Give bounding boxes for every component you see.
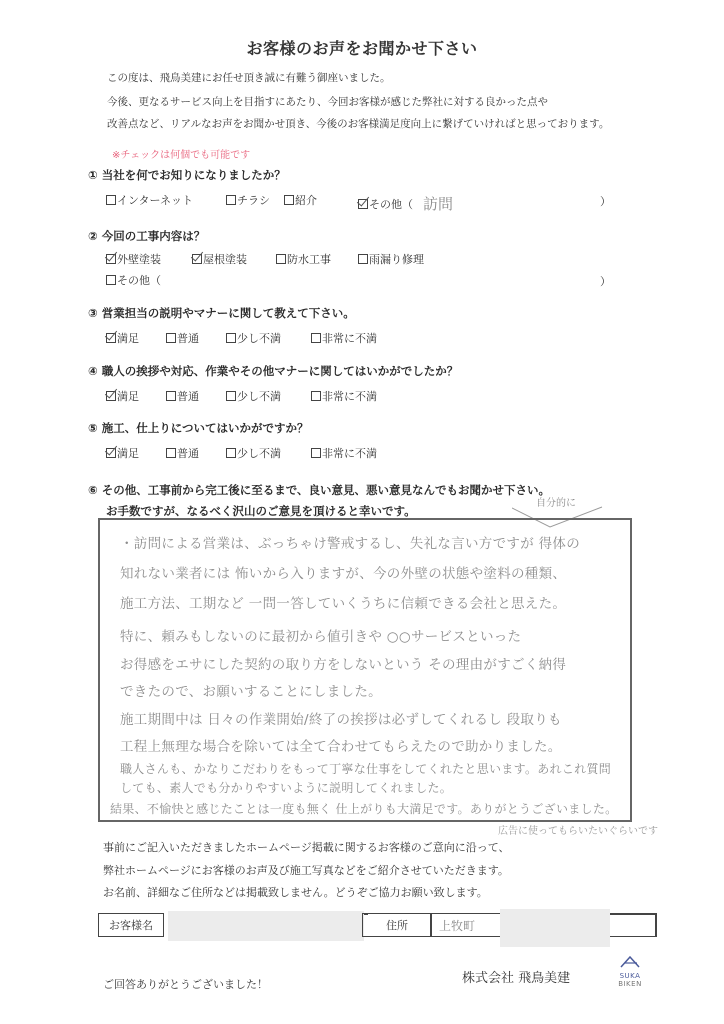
question-number: ② — [88, 229, 98, 243]
option-average[interactable]: 普通 — [166, 445, 199, 461]
checkbox-checked[interactable] — [106, 254, 116, 264]
question-text: 職人の挨拶や対応、作業やその他マナーに関してはいかがでしたか？ — [102, 364, 459, 378]
option-slightly-dissatisfied[interactable]: 少し不満 — [226, 388, 281, 404]
comment-line: 職人さんも、かなりこだわりをもって丁寧な仕事をしてくれたと思います。あれこれ質問 — [120, 760, 611, 777]
outro-line-3: お名前、詳細なご住所などは掲載致しません。どうぞご協力お願い致します。 — [103, 884, 488, 900]
option-other-2[interactable]: その他（ — [106, 272, 161, 288]
checkbox-checked[interactable] — [192, 254, 202, 264]
comment-line: しても、素人でも分かりやすいように説明してくれました。 — [120, 779, 452, 796]
comment-line: できたので、お願いすることにしました。 — [120, 680, 382, 700]
option-roof-painting[interactable]: 屋根塗装 — [192, 251, 247, 267]
question-5-options: 満足 普通 少し不満 非常に不満 — [106, 445, 626, 461]
checkbox[interactable] — [226, 195, 236, 205]
option-satisfied[interactable]: 満足 — [106, 388, 139, 404]
company-logo: SUKA BIKEN — [610, 953, 650, 993]
question-number: ① — [88, 168, 98, 182]
question-3: ③ 営業担当の説明やマナーに関して教えて下さい。 — [88, 305, 355, 321]
option-satisfied[interactable]: 満足 — [106, 445, 139, 461]
option-internet[interactable]: インターネット — [106, 192, 193, 208]
logo-triangle-icon — [619, 956, 641, 968]
intro-line-1: この度は、飛鳥美建にお任せ頂き誠に有難う御座いました。 — [107, 70, 391, 85]
question-4: ④ 職人の挨拶や対応、作業やその他マナーに関してはいかがでしたか？ — [88, 363, 458, 379]
company-name: 株式会社 飛鳥美建 — [462, 967, 570, 986]
address-handwritten: 上牧町 — [439, 917, 475, 934]
checkbox[interactable] — [226, 391, 236, 401]
option-exterior-wall-painting[interactable]: 外壁塗装 — [106, 251, 161, 267]
question-number: ④ — [88, 364, 98, 378]
insert-handwritten-note: 自分的に — [536, 494, 576, 509]
thank-you-message: ご回答ありがとうございました！ — [103, 976, 268, 992]
question-text: 営業担当の説明やマナーに関して教えて下さい。 — [102, 306, 355, 320]
margin-handwritten-note: 広告に使ってもらいたいぐらいです — [498, 822, 658, 837]
question-6: ⑥ その他、工事前から完工後に至るまで、良い意見、悪い意見なんでもお聞かせ下さい… — [88, 482, 550, 498]
close-paren: ） — [600, 273, 611, 289]
question-1: ① 当社を何でお知りになりましたか？ — [88, 167, 286, 183]
option-very-dissatisfied[interactable]: 非常に不満 — [311, 388, 377, 404]
question-6-subtext: お手数ですが、なるべく沢山のご意見を頂けると幸いです。 — [106, 503, 416, 519]
address-redacted — [500, 909, 610, 947]
option-very-dissatisfied[interactable]: 非常に不満 — [311, 445, 377, 461]
checkbox[interactable] — [166, 333, 176, 343]
comment-line: ・訪問による営業は、ぶっちゃけ警戒するし、失礼な言い方ですが 得体の — [120, 532, 580, 552]
checkbox[interactable] — [106, 195, 116, 205]
logo-text-2: BIKEN — [610, 980, 650, 988]
comment-line: 施工期間中は 日々の作業開始/終了の挨拶は必ずしてくれるし 段取りも — [120, 708, 562, 728]
question-text: その他、工事前から完工後に至るまで、良い意見、悪い意見なんでもお聞かせ下さい。 — [102, 483, 550, 497]
intro-line-3: 改善点など、リアルなお声をお聞かせ頂き、今後のお客様満足度向上に繋げていければと… — [107, 116, 609, 131]
question-number: ⑤ — [88, 421, 98, 435]
comment-line: 工程上無理な場合を除いては全て合わせてもらえたので助かりました。 — [120, 735, 562, 755]
comment-line: 特に、頼みもしないのに最初から値引きや ○○サービスといった — [120, 625, 521, 645]
checkbox[interactable] — [311, 448, 321, 458]
address-label: 住所 — [362, 913, 432, 937]
question-text: 施工、仕上りについてはいかがですか？ — [102, 421, 309, 435]
option-slightly-dissatisfied[interactable]: 少し不満 — [226, 330, 281, 346]
question-5: ⑤ 施工、仕上りについてはいかがですか？ — [88, 420, 309, 436]
question-2-options: 外壁塗装 屋根塗装 防水工事 雨漏り修理 — [106, 251, 626, 267]
close-paren: ） — [600, 193, 611, 209]
checkbox[interactable] — [166, 448, 176, 458]
logo-text-1: SUKA — [610, 972, 650, 980]
checkbox[interactable] — [106, 275, 116, 285]
question-3-options: 満足 普通 少し不満 非常に不満 — [106, 330, 626, 346]
checkbox-checked[interactable] — [106, 333, 116, 343]
option-referral[interactable]: 紹介 — [284, 192, 317, 208]
customer-name-redacted — [168, 911, 364, 941]
checkbox[interactable] — [166, 391, 176, 401]
option-satisfied[interactable]: 満足 — [106, 330, 139, 346]
checkbox[interactable] — [358, 254, 368, 264]
question-4-options: 満足 普通 少し不満 非常に不満 — [106, 388, 626, 404]
comment-line: 結果、不愉快と感じたことは一度も無く 仕上がりも大満足です。ありがとうございまし… — [110, 800, 617, 817]
address-field[interactable]: 上牧町 — [430, 913, 506, 937]
question-text: 今回の工事内容は？ — [102, 229, 206, 243]
checkbox[interactable] — [226, 333, 236, 343]
checkbox-checked[interactable] — [106, 391, 116, 401]
outro-line-1: 事前にご記入いただきましたホームページ掲載に関するお客様のご意向に沿って、 — [103, 839, 510, 855]
comment-line: お得感をエサにした契約の取り方をしないという その理由がすごく納得 — [120, 653, 566, 673]
question-2: ② 今回の工事内容は？ — [88, 228, 205, 244]
question-number: ③ — [88, 306, 98, 320]
checkbox[interactable] — [311, 391, 321, 401]
checkbox[interactable] — [276, 254, 286, 264]
page-title: お客様のお声をお聞かせ下さい — [0, 36, 724, 59]
option-other[interactable]: その他（訪問 — [358, 192, 453, 213]
comment-line: 知れない業者には 怖いから入りますが、今の外壁の状態や塗料の種類、 — [120, 562, 566, 582]
question-text: 当社を何でお知りになりましたか？ — [102, 168, 286, 182]
option-average[interactable]: 普通 — [166, 330, 199, 346]
check-note: ※チェックは何個でも可能です — [112, 146, 250, 161]
checkbox[interactable] — [284, 195, 294, 205]
checkbox-checked[interactable] — [106, 448, 116, 458]
option-leak-repair[interactable]: 雨漏り修理 — [358, 251, 424, 267]
option-very-dissatisfied[interactable]: 非常に不満 — [311, 330, 377, 346]
question-number: ⑥ — [88, 483, 98, 497]
option-average[interactable]: 普通 — [166, 388, 199, 404]
checkbox-checked[interactable] — [358, 199, 368, 209]
customer-name-label: お客様名 — [98, 913, 164, 937]
comment-line: 施工方法、工期など 一問一答していくうちに信頼できる会社と思えた。 — [120, 592, 566, 612]
checkbox[interactable] — [226, 448, 236, 458]
option-flyer[interactable]: チラシ — [226, 192, 270, 208]
outro-line-2: 弊社ホームページにお客様のお声及び施工写真などをご紹介させていただきます。 — [103, 862, 509, 878]
other-handwritten-value: 訪問 — [423, 195, 453, 213]
option-slightly-dissatisfied[interactable]: 少し不満 — [226, 445, 281, 461]
question-1-options: インターネット チラシ 紹介 その他（訪問 — [106, 192, 626, 208]
option-waterproofing[interactable]: 防水工事 — [276, 251, 331, 267]
intro-line-2: 今後、更なるサービス向上を目指すにあたり、今回お客様が感じた弊社に対する良かった… — [107, 94, 548, 109]
checkbox[interactable] — [311, 333, 321, 343]
